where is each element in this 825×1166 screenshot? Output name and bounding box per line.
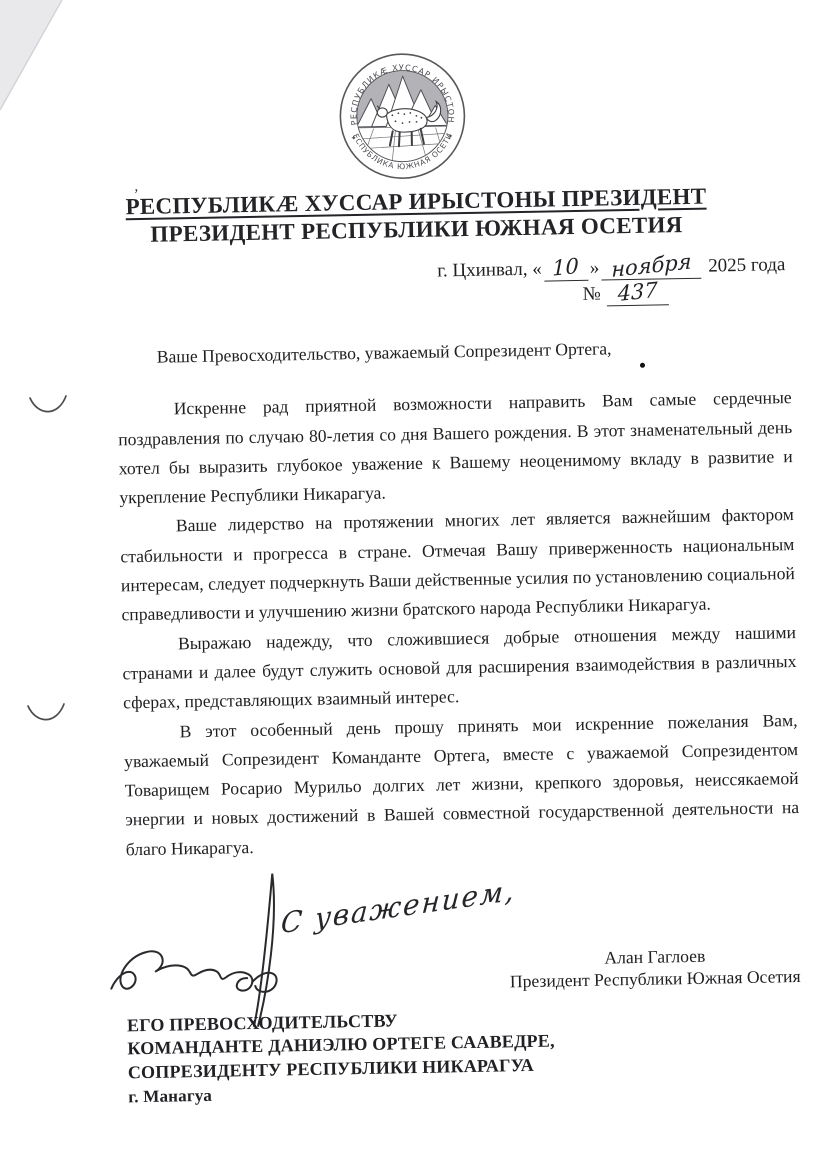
signer-title: Президент Республики Южная Осетия: [500, 965, 810, 992]
dateline-city: г. Цхинвал, «: [437, 259, 542, 283]
paragraph: В этот особенный день прошу принять мои …: [123, 706, 800, 865]
paragraph: Искренне рад приятной возможности направ…: [117, 383, 793, 513]
letter-body: Ваше Превосходительство, уважаемый Сопре…: [117, 331, 800, 864]
svg-text:✦: ✦: [351, 134, 357, 142]
paragraph: Ваше лидерство на протяжении многих лет …: [120, 501, 796, 631]
salutation: Ваше Превосходительство, уважаемый Сопре…: [117, 331, 791, 373]
paragraph: Выражаю надежду, что сложившиеся добрые …: [122, 618, 797, 718]
dateline-quote-close: »: [590, 258, 600, 280]
document-number: № 437: [582, 279, 671, 307]
state-seal-icon: РЕСПУБЛИКÆ ХУССАР ИРЫСТОН РЕСПУБЛИКА ЮЖН…: [336, 49, 468, 183]
handwritten-number: 437: [615, 277, 661, 306]
dateline: г. Цхинвал, « 10 » ноября 2025 года: [437, 251, 786, 283]
handwritten-day: 10: [549, 253, 582, 281]
number-label: №: [583, 284, 602, 306]
addressee-block: ЕГО ПРЕВОСХОДИТЕЛЬСТВУ КОМАНДАНТЕ ДАНИЭЛ…: [127, 1007, 556, 1109]
scanned-letter-page: РЕСПУБЛИКÆ ХУССАР ИРЫСТОН РЕСПУБЛИКА ЮЖН…: [0, 0, 825, 1166]
number-blank: 437: [607, 279, 669, 306]
dateline-year: 2025 года: [708, 254, 786, 277]
handwritten-month: ноября: [608, 249, 694, 282]
letterhead-title: РЕСПУБЛИКÆ ХУССАР ИРЫСТОНЫ ПРЕЗИДЕНТ ПРЕ…: [112, 182, 721, 249]
day-blank: 10: [543, 255, 587, 282]
scan-dot-artifact: [640, 363, 645, 368]
signature-scribble: [105, 861, 318, 1035]
month-blank: ноября: [601, 253, 701, 281]
svg-text:✦: ✦: [448, 132, 454, 140]
signer-block: Алан Гаглоев Президент Республики Южная …: [500, 944, 811, 993]
